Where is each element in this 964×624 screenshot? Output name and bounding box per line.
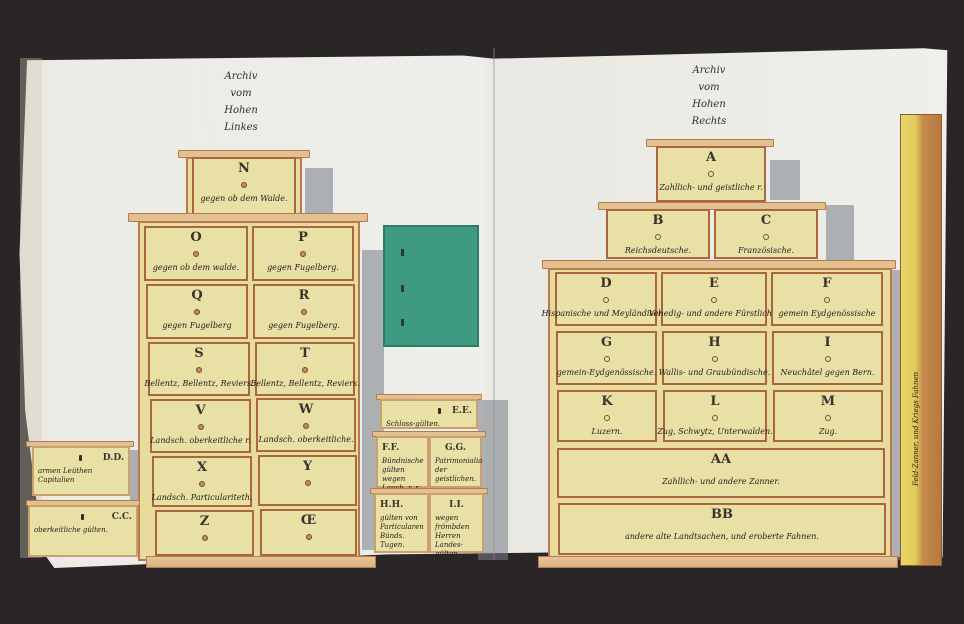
knob-icon: [603, 297, 609, 303]
cabinet-plinth: [146, 556, 376, 568]
drawer-letter: D: [600, 277, 611, 291]
drawer-Y[interactable]: Y: [258, 455, 357, 506]
peg-icon: [401, 285, 404, 292]
drawer-header: E.E.: [386, 404, 472, 418]
drawer-header: C.C.: [34, 510, 132, 524]
drawer-B[interactable]: B Reichsdeutsche.: [606, 209, 710, 259]
knob-icon: [241, 182, 247, 188]
drawer-A[interactable]: A Zahllich- und geistliche r.: [656, 146, 766, 202]
drawer-letter: E.E.: [452, 404, 472, 418]
drawer-caption: gülten von Particularen Bünds. Tugen.: [380, 514, 424, 550]
drawer-caption: gegen ob dem Walde.: [200, 194, 287, 204]
knob-icon: [825, 415, 831, 421]
drawer-caption: gegen Fugelberg.: [268, 321, 340, 331]
drawer-caption: Bellentz, Bellentz, Reviers.: [144, 379, 253, 389]
drawer-P[interactable]: P gegen Fugelberg.: [252, 226, 354, 281]
drawer-caption: Französische.: [738, 246, 794, 256]
drawer-letter: G: [601, 336, 612, 350]
drawer-caption: gegen ob dem walde.: [153, 263, 239, 273]
knob-icon: [763, 234, 769, 240]
drawer-M[interactable]: M Zug.: [773, 390, 883, 442]
drawer-X[interactable]: X Landsch. Particulariteth.: [152, 456, 252, 507]
drawer-letter: H.H.: [380, 498, 403, 512]
drawer-letter: C.C.: [112, 510, 132, 524]
drawer-GG[interactable]: G.G. Patrimonialia der geistlichen.: [429, 436, 482, 488]
title-line: Archiv: [196, 68, 286, 85]
knob-icon: [302, 367, 308, 373]
title-line: Rechts: [664, 113, 754, 130]
drawer-letter: A: [706, 151, 716, 165]
drawer-W[interactable]: W Landsch. oberkeitliche.: [256, 398, 356, 452]
drawer-letter: Œ: [301, 514, 316, 528]
drawer-caption: Patrimonialia der geistlichen.: [435, 457, 482, 484]
knob-icon: [825, 356, 831, 362]
knob-icon: [199, 481, 205, 487]
drawer-caption: andere alte Landtsachen, und eroberte Fa…: [625, 532, 819, 542]
knob-icon: [194, 309, 200, 315]
drawer-V[interactable]: V Landsch. oberkeitliche r.: [150, 399, 251, 453]
drawer-caption: Landsch. Particulariteth.: [152, 493, 253, 503]
drawer-I[interactable]: I Neuchâtel gegen Bern.: [772, 331, 883, 385]
drawer-caption: armen Leüthen Capitalien: [38, 467, 124, 485]
drawer-H[interactable]: H Wallis- und Graubündische.: [662, 331, 767, 385]
knob-icon: [198, 424, 204, 430]
knob-icon: [708, 171, 714, 177]
drawer-caption: Bellentz, Bellentz, Reviers.: [250, 379, 359, 389]
drawer-DD[interactable]: D.D. armen Leüthen Capitalien: [32, 446, 130, 496]
drawer-caption: oberkeitliche gülten.: [34, 526, 108, 535]
knob-icon: [604, 415, 610, 421]
drawer-D[interactable]: D Hispanische und Meyländische.: [555, 272, 657, 326]
title-line: Hohen: [196, 102, 286, 119]
drawer-K[interactable]: K Luzern.: [557, 390, 657, 442]
title-line: vom: [196, 85, 286, 102]
knob-icon: [193, 251, 199, 257]
drawer-caption: Neuchâtel gegen Bern.: [781, 368, 875, 378]
drawer-OE[interactable]: Œ: [260, 509, 357, 556]
drawer-letter: B: [653, 214, 664, 228]
drawer-letter: W: [299, 403, 314, 417]
knob-icon: [712, 415, 718, 421]
drawer-caption: Landsch. oberkeitliche r.: [150, 436, 251, 446]
drawer-caption: Luzern.: [592, 427, 623, 437]
drawer-letter: I: [824, 336, 830, 350]
drawer-letter: L: [710, 395, 719, 409]
handle-icon: [81, 514, 84, 520]
knob-icon: [301, 309, 307, 315]
drawer-letter: C: [761, 214, 771, 228]
knob-icon: [655, 234, 661, 240]
knob-icon: [306, 534, 312, 540]
drawer-letter: V: [195, 404, 205, 418]
drawer-G[interactable]: G gemein-Eydgenössische.: [556, 331, 657, 385]
knob-icon: [711, 297, 717, 303]
knob-icon: [604, 356, 610, 362]
drawer-letter: X: [197, 461, 207, 475]
drawer-letter: BB: [711, 508, 733, 522]
knob-icon: [824, 297, 830, 303]
drawer-letter: F.F.: [382, 441, 399, 455]
drawer-letter: Y: [303, 460, 312, 474]
drawer-caption: Reichsdeutsche.: [625, 246, 691, 256]
knob-icon: [303, 423, 309, 429]
flag-pillar: [900, 114, 942, 566]
drawer-letter: D.D.: [103, 451, 124, 465]
drawer-CC[interactable]: C.C. oberkeitliche gülten.: [28, 505, 138, 557]
drawer-T[interactable]: T Bellentz, Bellentz, Reviers.: [255, 342, 355, 396]
drawer-letter: K: [601, 395, 612, 409]
drawer-F[interactable]: F gemein Eydgenössische: [771, 272, 883, 326]
drawer-BB[interactable]: BB andere alte Landtsachen, und eroberte…: [558, 503, 886, 555]
knob-icon: [196, 367, 202, 373]
drawer-letter: G.G.: [445, 441, 466, 455]
drawer-letter: M: [821, 395, 835, 409]
drawer-caption: gegen Fugelberg.: [267, 263, 339, 273]
drawer-letter: AA: [711, 453, 731, 467]
pillar-caption: Feld-Zanner, und Kriegs Fahnen: [912, 372, 920, 486]
drawer-caption: Venedig- und andere Fürstliche.: [649, 309, 779, 319]
drawer-FF[interactable]: F.F. Bündnische gülten wegen Lauch. r. r…: [376, 436, 429, 488]
drawer-EE[interactable]: E.E. Schloss-gülten.: [380, 399, 478, 429]
title-line: Linkes: [196, 119, 286, 136]
drawer-letter: F: [822, 277, 831, 291]
knob-icon: [202, 535, 208, 541]
drawer-N[interactable]: N gegen ob dem Walde.: [192, 157, 296, 215]
handle-icon: [438, 408, 441, 414]
drawer-caption: gemein-Eydgenössische.: [557, 368, 657, 378]
drawer-HH[interactable]: H.H. gülten von Particularen Bünds. Tuge…: [374, 493, 429, 553]
drawer-caption: Schloss-gülten.: [386, 420, 440, 429]
cast-shadow: [305, 168, 333, 214]
drawer-C[interactable]: C Französische.: [714, 209, 818, 259]
cast-shadow: [770, 160, 800, 200]
drawer-Z[interactable]: Z: [155, 510, 254, 556]
drawer-caption: Zug, Schwytz, Unterwalden.: [657, 427, 772, 437]
drawer-caption: Wallis- und Graubündische.: [659, 368, 771, 378]
drawer-II[interactable]: I.I. wegen frömbden Herren Landes-gülten…: [429, 493, 484, 553]
right-page-title: Archiv vom Hohen Rechts: [664, 62, 754, 130]
drawer-caption: Zahllich- und geistliche r.: [659, 183, 762, 193]
left-page-title: Archiv vom Hohen Linkes: [196, 68, 286, 136]
drawer-O[interactable]: O gegen ob dem walde.: [144, 226, 248, 281]
drawer-letter: N: [238, 162, 250, 176]
drawer-AA[interactable]: AA Zahllich- und andere Zanner.: [557, 448, 885, 498]
drawer-S[interactable]: S Bellentz, Bellentz, Reviers.: [148, 342, 250, 396]
title-line: vom: [664, 79, 754, 96]
drawer-R[interactable]: R gegen Fugelberg.: [253, 284, 355, 339]
drawer-letter: S: [194, 347, 203, 361]
drawer-letter: I.I.: [449, 498, 464, 512]
green-chest: [383, 225, 479, 347]
knob-icon: [305, 480, 311, 486]
drawer-letter: T: [300, 347, 310, 361]
drawer-letter: P: [298, 231, 308, 245]
drawer-E[interactable]: E Venedig- und andere Fürstliche.: [661, 272, 767, 326]
drawer-letter: H: [708, 336, 720, 350]
peg-icon: [401, 319, 404, 326]
drawer-header: D.D.: [38, 451, 124, 465]
drawer-letter: Z: [200, 515, 210, 529]
drawer-L[interactable]: L Zug, Schwytz, Unterwalden.: [663, 390, 767, 442]
drawer-letter: E: [709, 277, 719, 291]
handle-icon: [79, 455, 82, 461]
drawer-caption: Zug.: [819, 427, 837, 437]
drawer-letter: Q: [191, 289, 202, 303]
peg-icon: [401, 249, 404, 256]
title-line: Archiv: [664, 62, 754, 79]
drawer-Q[interactable]: Q gegen Fugelberg: [146, 284, 248, 339]
drawer-caption: Landsch. oberkeitliche.: [258, 435, 353, 445]
drawer-letter: R: [299, 289, 310, 303]
drawer-caption: Zahllich- und andere Zanner.: [662, 477, 780, 487]
title-line: Hohen: [664, 96, 754, 113]
drawer-caption: wegen frömbden Herren Landes-gülten.: [435, 514, 478, 559]
cast-shadow: [826, 205, 854, 260]
drawer-caption: gemein Eydgenössische: [779, 309, 876, 319]
knob-icon: [300, 251, 306, 257]
knob-icon: [712, 356, 718, 362]
cabinet-plinth: [538, 556, 898, 568]
drawer-letter: O: [190, 231, 201, 245]
drawer-caption: gegen Fugelberg: [162, 321, 231, 331]
